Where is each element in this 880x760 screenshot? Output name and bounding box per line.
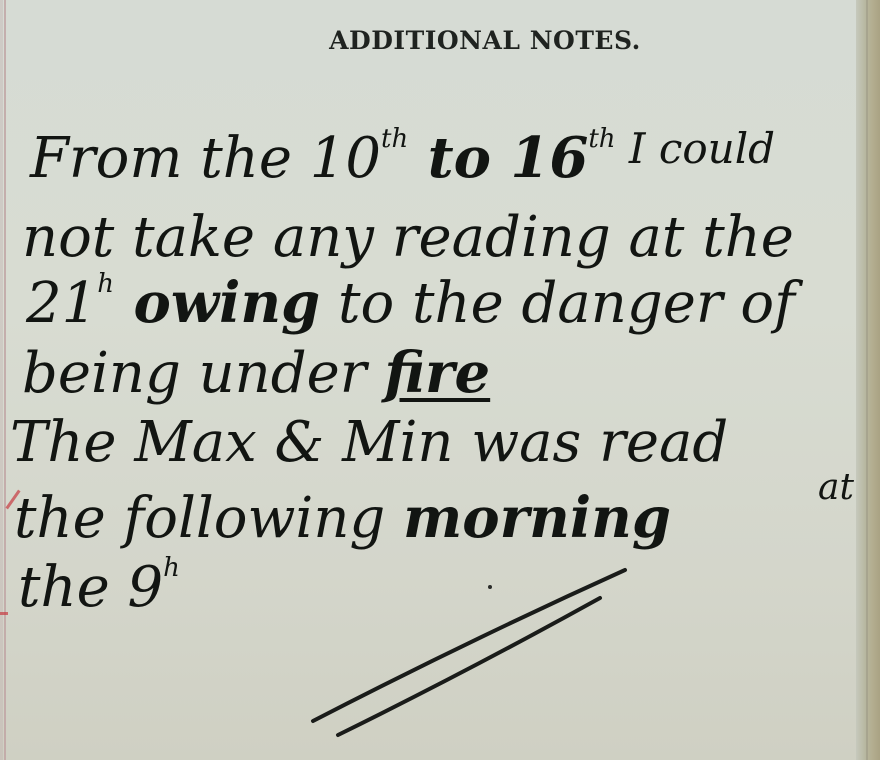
- line3-text-c: to the danger of: [320, 271, 795, 336]
- handwritten-line-2: not take any reading at the: [22, 210, 794, 266]
- line7-sup-a: h: [163, 553, 180, 583]
- line3-text-a: 21: [26, 271, 97, 336]
- line1-text-b: to 16: [408, 125, 588, 191]
- handwritten-line-7: the 9h: [18, 560, 180, 616]
- handwritten-line-4: being under fire: [22, 345, 490, 402]
- line3-text-b: owing: [114, 270, 320, 336]
- line1-text-c: I could: [616, 124, 775, 173]
- page-edge-line: [866, 0, 868, 760]
- line3-sup-a: h: [97, 269, 114, 299]
- handwritten-line-1: From the 10th to 16th I could: [30, 130, 775, 187]
- line1-sup-a: th: [381, 124, 408, 154]
- red-margin-tick-lower: [0, 612, 8, 615]
- handwritten-line-3: 21h owing to the danger of: [26, 275, 795, 332]
- line6-morning: morning: [403, 485, 671, 551]
- line4-text-a: being under: [22, 341, 384, 406]
- handwritten-line-6: the following morning: [14, 490, 671, 547]
- handwritten-line-5: The Max & Min was read: [10, 415, 728, 471]
- line1-text-a: From the 10: [30, 126, 381, 191]
- line6-text-a: the following: [14, 486, 403, 551]
- line4-fire-underlined: fire: [384, 340, 490, 406]
- page-title: ADDITIONAL NOTES.: [0, 26, 880, 55]
- line6-margin-word: at: [818, 470, 854, 506]
- line1-sup-b: th: [588, 124, 615, 154]
- line7-text-a: the 9: [18, 555, 163, 620]
- page-left-border: [4, 0, 6, 760]
- notebook-page: ADDITIONAL NOTES. From the 10th to 16th …: [0, 0, 880, 760]
- page-binding-edge: [856, 0, 880, 760]
